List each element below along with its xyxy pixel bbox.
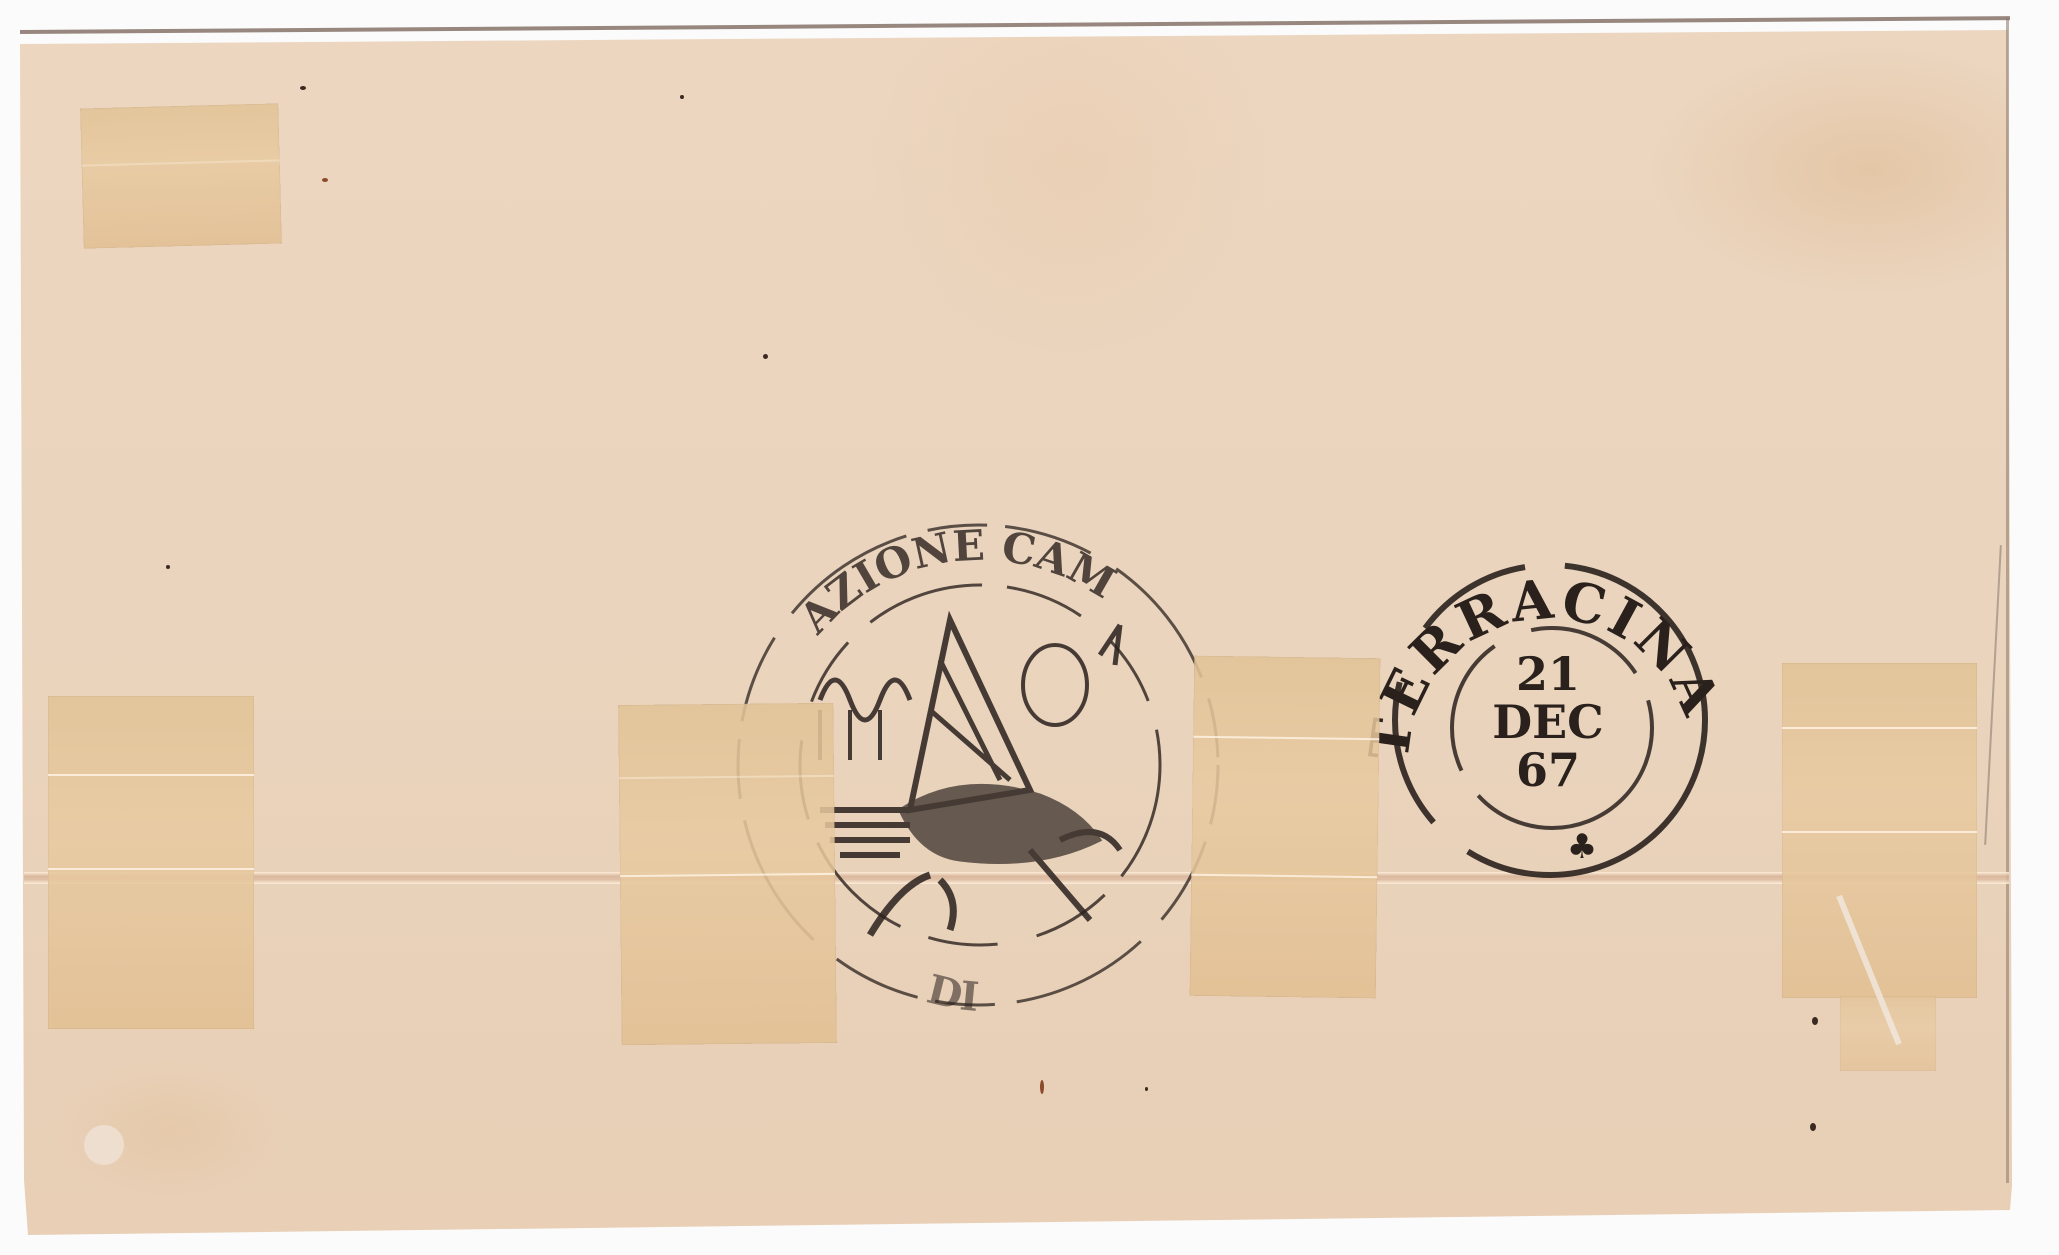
datestamp-ornament-icon: ♣: [1567, 827, 1597, 867]
speck: [763, 354, 768, 359]
tape-right-extension: [1840, 996, 1936, 1071]
tape-center-right: [1190, 656, 1381, 999]
paper-top-edge: [20, 16, 2010, 34]
terracina-datestamp: TERRACINA 21 DEC 67 ♣: [1370, 540, 1730, 880]
cachet-bottom-text: DI: [922, 966, 980, 1021]
datestamp-month: DEC: [1492, 695, 1604, 749]
tape-center-left: [618, 703, 837, 1045]
speck: [1040, 1080, 1044, 1094]
datestamp-year: 67: [1516, 743, 1580, 797]
paper-right-edge: [2006, 18, 2009, 1183]
speck: [1810, 1123, 1816, 1131]
tape-right: [1782, 663, 1977, 998]
datestamp-day: 21: [1516, 647, 1580, 701]
speck: [680, 95, 684, 99]
speck: [300, 86, 306, 90]
cachet-top-text: AZIONE CAM: [789, 521, 1124, 644]
tape-top-left: [80, 103, 282, 248]
papal-emblem-icon: [820, 620, 1120, 935]
speck: [1812, 1017, 1818, 1025]
cover-back-scene: AZIONE CAM DI TERRACINA: [0, 0, 2059, 1255]
speck: [322, 178, 328, 182]
paper-scuff-bottom-left: [84, 1125, 124, 1165]
speck: [1145, 1087, 1148, 1091]
speck: [166, 565, 170, 569]
tape-left: [48, 696, 254, 1029]
